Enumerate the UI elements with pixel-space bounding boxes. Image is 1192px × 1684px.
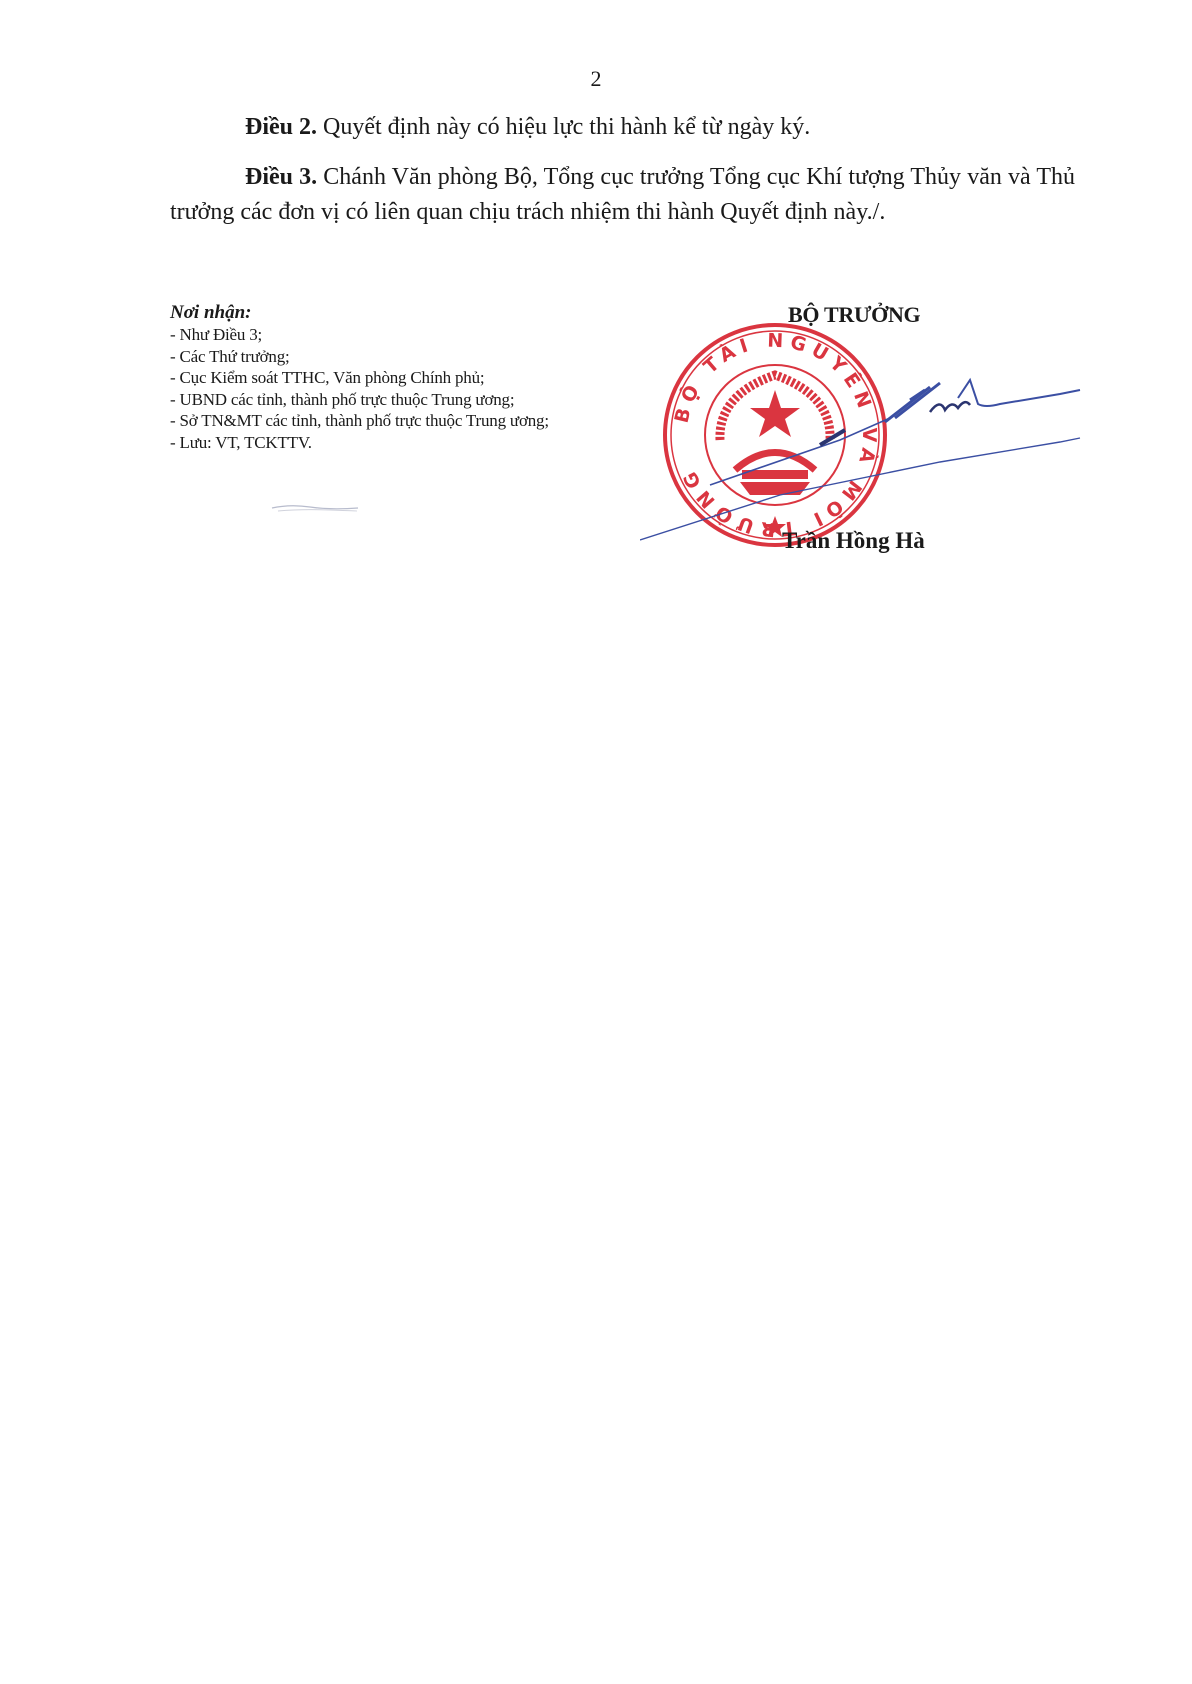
recipient-item: - Lưu: VT, TCKTTV. xyxy=(170,432,640,454)
signature-block: BỘ TRƯỞNG BỘ TÀI NGUYÊN VÀ MÔI TRƯỜNG xyxy=(640,290,1160,580)
page-number: 2 xyxy=(0,66,1192,92)
article-3-label: Điều 3. xyxy=(245,164,317,190)
recipient-item: - Như Điều 3; xyxy=(170,324,640,346)
recipient-item: - UBND các tỉnh, thành phố trực thuộc Tr… xyxy=(170,389,640,411)
signer-name: Trần Hồng Hà xyxy=(782,528,925,554)
recipient-item: - Sở TN&MT các tỉnh, thành phố trực thuộ… xyxy=(170,410,640,432)
article-2-text: Quyết định này có hiệu lực thi hành kể t… xyxy=(317,114,810,140)
article-2: Điều 2. Quyết định này có hiệu lực thi h… xyxy=(170,110,1075,145)
recipients-list: - Như Điều 3; - Các Thứ trưởng; - Cục Ki… xyxy=(170,324,640,453)
article-2-label: Điều 2. xyxy=(245,114,317,140)
recipient-item: - Cục Kiểm soát TTHC, Văn phòng Chính ph… xyxy=(170,367,640,389)
recipients-title: Nơi nhận: xyxy=(170,302,640,324)
initials-scribble-icon xyxy=(270,500,360,514)
article-3: Điều 3. Chánh Văn phòng Bộ, Tổng cục trư… xyxy=(170,160,1075,230)
recipients-block: Nơi nhận: - Như Điều 3; - Các Thứ trưởng… xyxy=(170,302,640,453)
recipient-item: - Các Thứ trưởng; xyxy=(170,346,640,368)
